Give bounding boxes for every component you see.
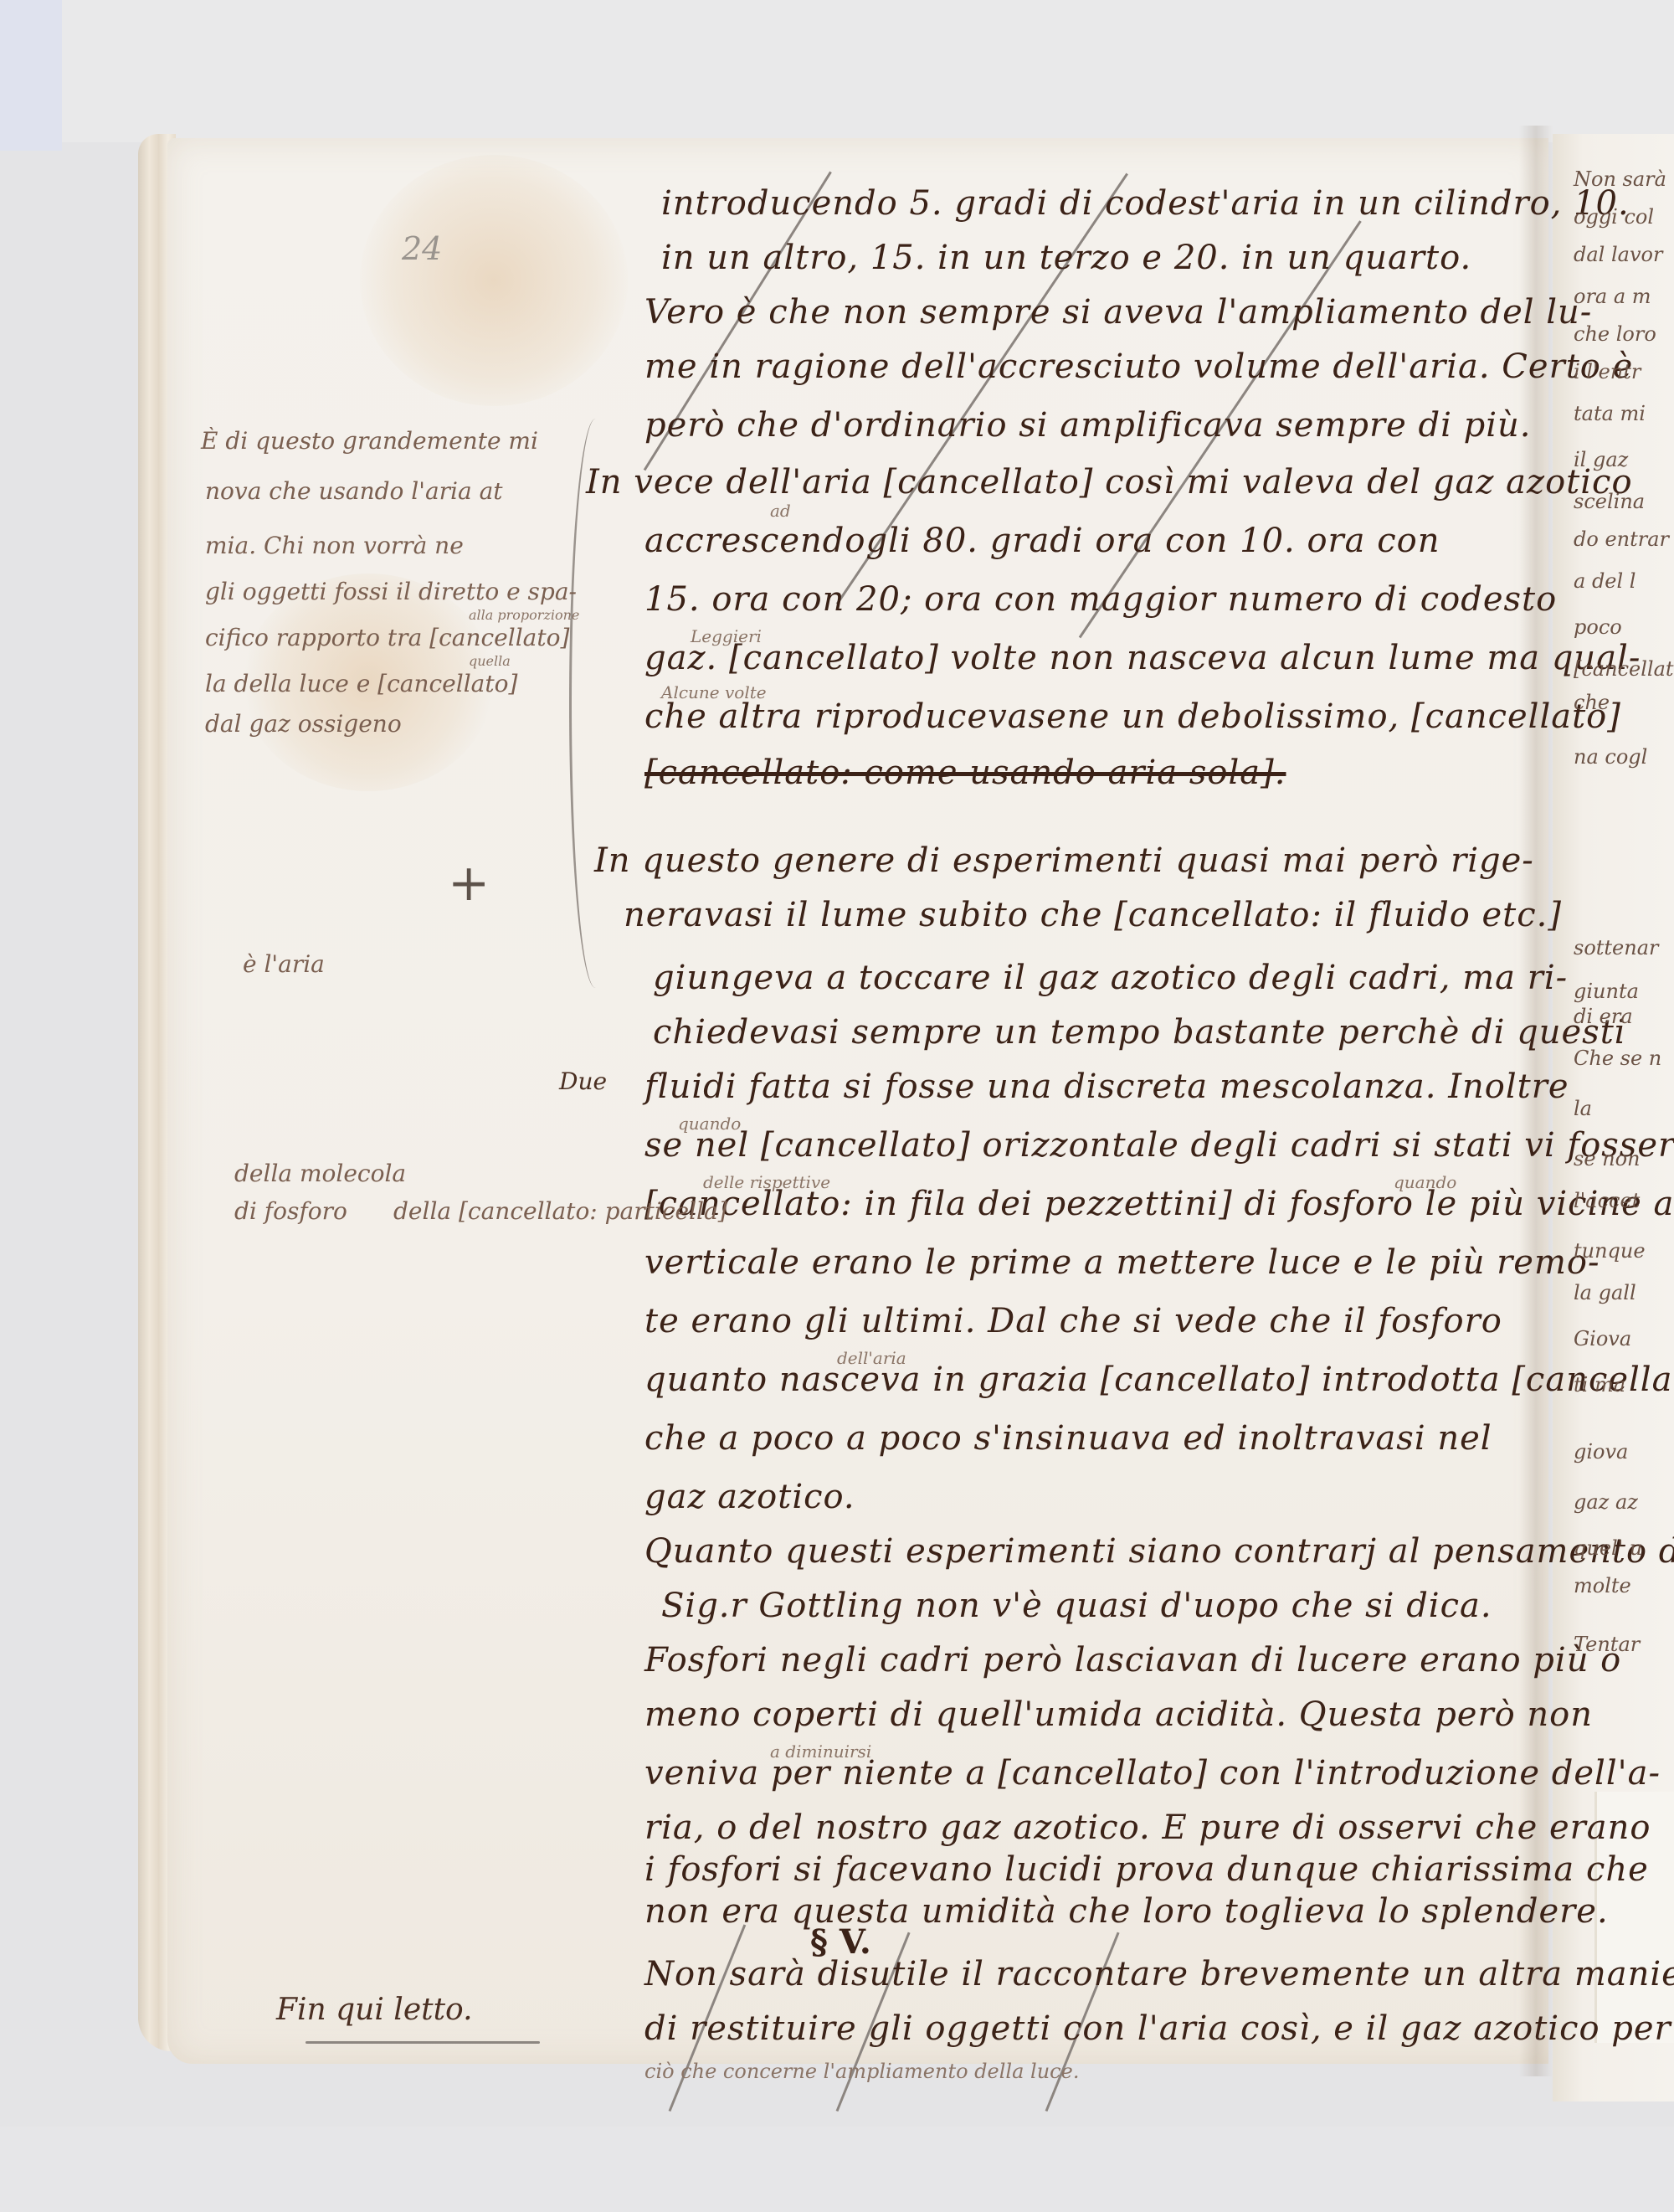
end-note-underline [306, 2041, 540, 2044]
cross-mark: + [448, 854, 490, 913]
margin-note-line: cifico rapporto tra [cancellato] [205, 624, 569, 651]
interlinear-insertion: Alcune volte [661, 682, 767, 702]
fragment: Giova [1574, 1327, 1631, 1350]
text-line: non era questa umidità che loro toglieva… [644, 1892, 1609, 1931]
margin-note: della [cancellato: particella] [393, 1197, 727, 1225]
interlinear-insertion: ad [770, 501, 791, 521]
fragment: l'accet [1574, 1189, 1640, 1212]
text-line: introducendo 5. gradi di codest'aria in … [661, 184, 1630, 223]
fragment: Non sarà [1574, 167, 1666, 191]
text-line: Fosfori negli cadri però lasciavan di lu… [644, 1641, 1621, 1680]
end-note: Fin qui letto. [276, 1993, 473, 2027]
text-line: se nel [cancellato] orizzontale degli ca… [644, 1126, 1674, 1165]
water-stain [360, 155, 628, 406]
margin-note-line: nova che usando l'aria at [205, 477, 503, 505]
fragment: i l'entr [1574, 360, 1641, 383]
fragment: tunque [1574, 1239, 1646, 1263]
text-line: neravasi il lume subito che [cancellato:… [624, 896, 1562, 934]
interlinear-insertion: quando [1394, 1172, 1456, 1192]
background-surface-bottom [0, 2127, 1674, 2212]
text-line: In vece dell'aria [cancellato] così mi v… [586, 463, 1633, 502]
fragment: giova [1574, 1440, 1628, 1464]
text-line: giungeva a toccare il gaz azotico degli … [653, 959, 1568, 997]
fragment: scelina [1574, 490, 1645, 513]
text-line: quanto nasceva in grazia [cancellato] in… [644, 1361, 1674, 1399]
text-line: di restituire gli oggetti con l'aria cos… [644, 2009, 1671, 2048]
pencil-footnote-line: ciò che concerne l'ampliamento della luc… [644, 2060, 1079, 2083]
margin-note-line: di fosforo [234, 1197, 347, 1225]
interlinear-insertion: Leggieri [691, 626, 762, 646]
text-line: In questo genere di esperimenti quasi ma… [594, 841, 1534, 880]
text-line: me in ragione dell'accresciuto volume de… [644, 347, 1633, 386]
margin-note: Due [559, 1067, 607, 1095]
text-line: 15. ora con 20; ora con maggior numero d… [644, 580, 1557, 619]
fragment: che [1574, 691, 1610, 714]
text-line: però che d'ordinario si amplificava semp… [644, 406, 1532, 445]
text-line: fluidi fatta si fosse una discreta mesco… [644, 1067, 1569, 1106]
fragment: a del l [1574, 569, 1635, 593]
margin-note-line: gli oggetti fossi il diretto e spa- [205, 578, 577, 605]
margin-note-line: dal gaz ossigeno [205, 710, 402, 738]
fragment: Tentar [1574, 1633, 1640, 1656]
text-line: Vero è che non sempre si aveva l'ampliam… [644, 293, 1592, 332]
interlinear-insertion: a diminuirsi [770, 1741, 871, 1762]
fragment: ora a m [1574, 285, 1651, 308]
text-line: accrescendogli 80. gradi ora con 10. ora… [644, 522, 1440, 560]
fragment: poco [1574, 615, 1622, 639]
margin-note: è l'aria [243, 950, 325, 978]
fragment: giunta [1574, 980, 1639, 1003]
text-line: ria, o del nostro gaz azotico. E pure di… [644, 1808, 1651, 1847]
text-line: te erano gli ultimi. Dal che si vede che… [644, 1302, 1502, 1340]
fragment: se non [1574, 1147, 1641, 1170]
background-strip [0, 0, 62, 151]
fragment: quel' u [1574, 1536, 1642, 1560]
text-line: Sig.r Gottling non v'è quasi d'uopo che … [661, 1587, 1492, 1625]
fragment: la gall [1574, 1281, 1636, 1304]
interlinear-insertion: quando [678, 1114, 741, 1134]
text-line: i fosfori si facevano lucidi prova dunqu… [644, 1850, 1649, 1889]
fragment: molte [1574, 1574, 1631, 1597]
margin-interlinear: alla proporzione [469, 607, 579, 623]
text-line: Non sarà disutile il raccontare brevemen… [644, 1955, 1674, 1993]
text-line: Quanto questi esperimenti siano contrarj… [644, 1532, 1674, 1571]
fragment: tata mi [1574, 402, 1646, 425]
interlinear-insertion: delle rispettive [703, 1172, 830, 1192]
margin-interlinear: quella [469, 653, 511, 669]
fragment: sottenar [1574, 936, 1659, 959]
margin-note-line: mia. Chi non vorrà ne [205, 532, 464, 559]
fragment: na cogl [1574, 745, 1647, 769]
fragment: che loro [1574, 322, 1656, 346]
fragment: ti ma [1574, 1373, 1625, 1397]
text-line: meno coperti di quell'umida acidità. Que… [644, 1695, 1593, 1734]
text-line: in un altro, 15. in un terzo e 20. in un… [661, 239, 1471, 277]
text-line: che a poco a poco s'insinuava ed inoltra… [644, 1419, 1492, 1458]
fragment: gaz az [1574, 1490, 1638, 1514]
fragment: [cancellato] [1574, 657, 1674, 681]
text-line: chiedevasi sempre un tempo bastante perc… [653, 1013, 1626, 1052]
margin-note-line: la della luce e [cancellato] [205, 670, 517, 697]
fragment: di era [1574, 1005, 1633, 1028]
fragment: do entrar [1574, 527, 1669, 551]
fragment: la [1574, 1097, 1592, 1120]
fragment: dal lavor [1574, 243, 1662, 266]
text-line: gaz azotico. [644, 1478, 855, 1516]
background-surface [62, 0, 1674, 142]
fragment: Che se n [1574, 1047, 1661, 1070]
text-line: verticale erano le prime a mettere luce … [644, 1243, 1600, 1282]
fragment: il gaz [1574, 448, 1628, 471]
interlinear-insertion: dell'aria [837, 1348, 906, 1368]
margin-note-line: della molecola [234, 1160, 406, 1187]
margin-note-line: È di questo grandemente mi [201, 427, 538, 455]
text-line: che altra riproducevasene un debolissimo… [644, 697, 1621, 736]
fragment: oggi col [1574, 205, 1654, 229]
text-line-struck: [cancellato: come usando aria sola]. [644, 754, 1286, 792]
page-number: 24 [402, 230, 442, 267]
pencil-bracket-curve [569, 419, 622, 988]
text-line: gaz. [cancellato] volte non nasceva alcu… [644, 639, 1641, 677]
